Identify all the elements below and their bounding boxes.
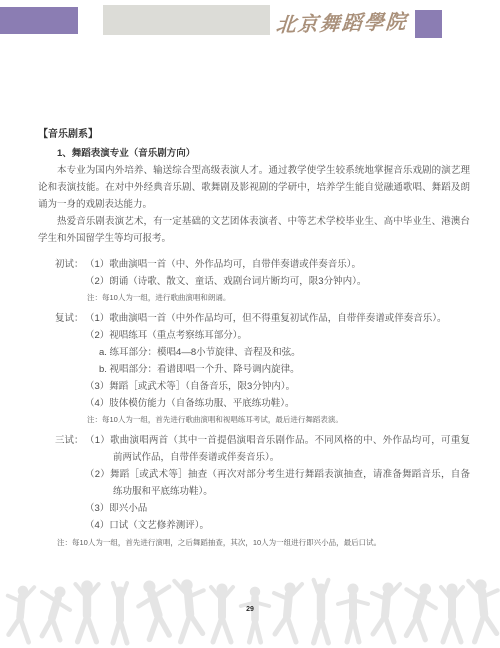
exam-item: （2）视唱练耳（重点考察练耳部分）。 — [85, 327, 470, 344]
exam-item: （4）肢体模仿能力（自备练功服、平底练功鞋）。 — [85, 395, 470, 412]
dancer-figure — [314, 580, 329, 643]
dancer-figure — [75, 580, 98, 641]
exam-item: a. 练耳部分：模唱4—8小节旋律、音程及和弦。 — [99, 344, 470, 361]
exam-item: （2）舞蹈［或武术等］抽查（再次对部分考生进行舞蹈表演抽查，请准备舞蹈音乐，自备… — [85, 466, 470, 500]
exam-row: 复试：（1）歌曲演唱一首（中外作品均可，但不得重复初试作品，自带伴奏谱或伴奏音乐… — [55, 310, 470, 429]
dancer-figure — [138, 581, 169, 640]
exam-note: 注：每10人为一组，首先进行演唱，之后舞蹈抽查，其次，10人为一组进行即兴小品，… — [57, 536, 470, 549]
exam-item: （1）歌曲演唱一首（中、外作品均可，自带伴奏谱或伴奏音乐）。 — [85, 256, 470, 273]
department-title: 【音乐剧系】 — [38, 126, 470, 143]
exam-row: 初试：（1）歌曲演唱一首（中、外作品均可，自带伴奏谱或伴奏音乐）。（2）朗诵（诗… — [55, 256, 470, 307]
intro-paragraphs: 本专业为国内外培养、输送综合型高级表演人才。通过教学使学生较系统地掌握音乐戏剧的… — [38, 162, 470, 247]
dancer-figure — [42, 587, 70, 641]
exam-section-1: 复试：（1）歌曲演唱一首（中外作品均可，但不得重复初试作品，自带伴奏谱或伴奏音乐… — [55, 310, 470, 429]
dancer-figure — [372, 583, 400, 643]
exam-item: （2）朗诵（诗歌、散文、童话、戏剧台词片断均可，限3分钟内）。 — [85, 273, 470, 290]
dancer-figure — [274, 583, 302, 643]
exam-label: 初试： — [55, 256, 85, 307]
exam-row: 三试：（1）歌曲演唱两首（其中一首提倡演唱音乐剧作品。不同风格的中、外作品均可，… — [55, 432, 470, 534]
main-content: 【音乐剧系】 1、舞蹈表演专业（音乐剧方向） 本专业为国内外培养、输送综合型高级… — [38, 126, 470, 549]
dancer-figure — [441, 584, 463, 643]
exam-item: （3）即兴小品 — [85, 500, 470, 517]
exam-item: （3）舞蹈［或武术等］（自备音乐，限3分钟内）。 — [85, 378, 470, 395]
exam-note: 注：每10人为一组，进行歌曲演唱和朗诵。 — [87, 291, 470, 304]
exam-sections: 初试：（1）歌曲演唱一首（中、外作品均可，自带伴奏谱或伴奏音乐）。（2）朗诵（诗… — [55, 256, 470, 549]
exam-body: （1）歌曲演唱一首（中、外作品均可，自带伴奏谱或伴奏音乐）。（2）朗诵（诗歌、散… — [85, 256, 470, 307]
dancer-figure — [8, 586, 35, 643]
page-number: 29 — [246, 606, 254, 613]
calligraphy-logo: 北京舞蹈學院 — [269, 2, 416, 40]
header-purple-bar — [0, 7, 78, 34]
dancer-figure — [174, 579, 203, 641]
page: 北京舞蹈學院 【音乐剧系】 1、舞蹈表演专业（音乐剧方向） 本专业为国内外培养、… — [0, 0, 500, 648]
exam-item: （1）歌曲演唱一首（中外作品均可，但不得重复初试作品，自带伴奏谱或伴奏音乐）。 — [85, 310, 470, 327]
exam-body: （1）歌曲演唱一首（中外作品均可，但不得重复初试作品，自带伴奏谱或伴奏音乐）。（… — [85, 310, 470, 429]
dancer-figure — [406, 584, 435, 640]
exam-body: （1）歌曲演唱两首（其中一首提倡演唱音乐剧作品。不同风格的中、外作品均可，可重复… — [85, 432, 470, 534]
exam-section-2: 三试：（1）歌曲演唱两首（其中一首提倡演唱音乐剧作品。不同风格的中、外作品均可，… — [55, 432, 470, 549]
dancer-figure — [468, 579, 497, 641]
dancer-figure — [211, 584, 233, 643]
exam-item: （4）口试（文艺修养测评）。 — [85, 517, 470, 534]
header-purple-square — [415, 10, 442, 38]
exam-item: b. 视唱部分：看谱即唱一个升、降号调内旋律。 — [99, 361, 470, 378]
header-gray-bar — [103, 5, 270, 35]
exam-label: 三试： — [55, 432, 85, 534]
exam-item: （1）歌曲演唱两首（其中一首提倡演唱音乐剧作品。不同风格的中、外作品均可，可重复… — [85, 432, 470, 466]
dancer-figure — [338, 584, 368, 643]
exam-label: 复试： — [55, 310, 85, 429]
intro-paragraph: 热爱音乐剧表演艺术，有一定基础的文艺团体表演者、中等艺术学校毕业生、高中毕业生、… — [38, 213, 470, 247]
page-footer: 29 — [0, 573, 500, 648]
dancer-figure — [113, 583, 127, 643]
intro-paragraph: 本专业为国内外培养、输送综合型高级表演人才。通过教学使学生较系统地掌握音乐戏剧的… — [38, 162, 470, 213]
exam-note: 注：每10人为一组，首先进行歌曲演唱和视唱练耳考试，最后进行舞蹈表演。 — [87, 413, 470, 426]
dancer-figure — [241, 587, 270, 643]
major-title: 1、舞蹈表演专业（音乐剧方向） — [57, 145, 470, 162]
exam-section-0: 初试：（1）歌曲演唱一首（中、外作品均可，自带伴奏谱或伴奏音乐）。（2）朗诵（诗… — [55, 256, 470, 307]
